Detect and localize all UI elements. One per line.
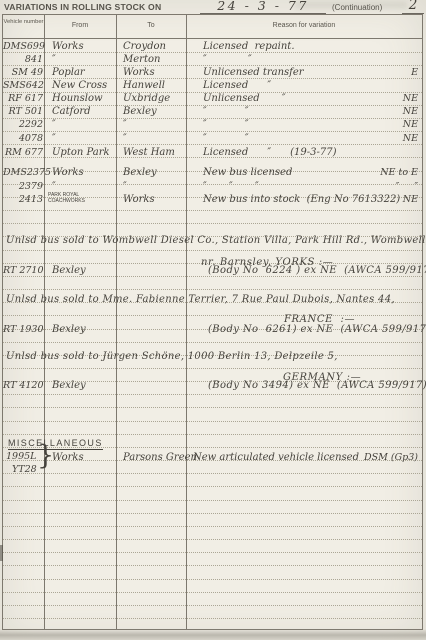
vehicle-number: RT 1930	[3, 324, 43, 335]
table-row: DMS2375 Works Bexley New bus licensed NE…	[3, 167, 422, 180]
ruled-line	[3, 289, 422, 290]
reason-cell: Unlicensed ″	[203, 93, 286, 104]
note-cell: NE	[403, 194, 418, 205]
to-cell: Hanwell	[123, 80, 165, 91]
ruled-line	[3, 434, 422, 435]
ruled-line	[3, 605, 422, 606]
to-cell: ″	[123, 119, 127, 130]
vehicle-number: DMS699	[3, 41, 43, 52]
table-row: DMS699 Works Croydon Licensed repaint.	[3, 41, 422, 54]
ruled-line	[3, 618, 422, 619]
vehicle-number: 4078	[3, 133, 43, 144]
vehicle-number: 2379	[3, 181, 43, 192]
to-cell: Works	[123, 67, 155, 78]
from-cell: Works	[52, 452, 84, 463]
col-header-reason: Reason for variation	[186, 15, 422, 29]
reason-cell: Licensed repaint.	[203, 41, 295, 52]
ruled-line	[3, 407, 422, 408]
col-header-vehicle: Vehicle number	[3, 15, 44, 25]
to-cell: Works	[123, 194, 155, 205]
reason-cell: ″ ″	[203, 54, 252, 65]
ruled-line	[3, 223, 422, 224]
note-cell: DSM (Gp3)	[364, 452, 418, 463]
reason-cell: ″ ″ ″	[203, 181, 259, 192]
table-row: RT 2710 Bexley (Body No 6224 ) ex NE (AW…	[3, 265, 422, 278]
table-row: RT 1930 Bexley (Body No 6261) ex NE (AWC…	[3, 324, 422, 337]
table-row: 841 ″ Merton ″ ″	[3, 54, 422, 67]
table-row: SMS642 New Cross Hanwell Licensed ″	[3, 80, 422, 93]
reason-cell: ″ ″	[203, 119, 249, 130]
from-cell: Bexley	[52, 380, 86, 391]
table-row: RT 501 Catford Bexley ″ ″ NE	[3, 106, 422, 119]
ruled-line	[3, 315, 422, 316]
to-cell: ″	[123, 133, 127, 144]
from-cell: Hounslow	[52, 93, 103, 104]
page-title: VARIATIONS IN ROLLING STOCK ON	[4, 2, 161, 12]
from-cell: Poplar	[52, 67, 85, 78]
ruled-line	[3, 565, 422, 566]
vehicle-number: 2292	[3, 119, 43, 130]
table-row: RT 4120 Bexley (Body No 3494) ex NE (AWC…	[3, 380, 422, 393]
table-row: RM 677 Upton Park West Ham Licensed ″ (1…	[3, 147, 422, 160]
reason-cell: New bus into stock (Eng No 7613322)	[203, 194, 400, 205]
note-cell: ″ ″	[396, 181, 418, 192]
table-row: 2292 ″ ″ ″ ″ NE	[3, 119, 422, 132]
date-value: 24 - 3 - 77	[200, 0, 326, 14]
body-number-detail: (Body No 6261) ex NE (AWCA 599/917)	[208, 324, 426, 335]
vehicle-number: 841	[3, 54, 43, 65]
table-body: DMS699 Works Croydon Licensed repaint. 8…	[3, 39, 422, 630]
ruled-line	[3, 579, 422, 580]
ruled-line	[3, 250, 422, 251]
ruled-line	[3, 342, 422, 343]
table-row: 4078 ″ ″ ″ ″ NE	[3, 133, 422, 146]
ruled-line	[3, 368, 422, 369]
vehicle-number: RT 2710	[3, 265, 43, 276]
to-cell: Bexley	[123, 106, 157, 117]
note-cell: NE	[403, 119, 418, 130]
ruled-line	[3, 421, 422, 422]
table-row: RF 617 Hounslow Uxbridge Unlicensed ″ NE	[3, 93, 422, 106]
vehicle-number: RT 4120	[3, 380, 43, 391]
to-cell: West Ham	[123, 147, 175, 158]
miscellaneous-heading: MISCELLANEOUS	[8, 438, 103, 450]
vehicle-number: DMS2375	[3, 167, 43, 178]
ruled-line	[3, 526, 422, 527]
scanned-register-page: VARIATIONS IN ROLLING STOCK ON 24 - 3 - …	[0, 0, 426, 640]
ruled-line	[3, 394, 422, 395]
page-number: 2	[402, 0, 424, 14]
ruled-line	[3, 500, 422, 501]
ruled-line	[3, 486, 422, 487]
from-cell: Works	[52, 41, 84, 52]
table-header: Vehicle number From To Reason for variat…	[3, 15, 422, 39]
note-cell: NE	[403, 106, 418, 117]
vehicle-number: 2413	[3, 194, 43, 205]
from-cell: Bexley	[52, 324, 86, 335]
col-header-from: From	[44, 15, 116, 29]
table-row: 2413 PARK ROYAL COACHWORKS Works New bus…	[3, 194, 422, 207]
to-cell: Croydon	[123, 41, 166, 52]
from-cell: ″	[52, 133, 56, 144]
ruled-line	[3, 539, 422, 540]
note-cell: NE	[403, 93, 418, 104]
reason-cell: New articulated vehicle licensed	[193, 452, 359, 463]
ruled-line	[3, 552, 422, 553]
from-cell: Upton Park	[52, 147, 110, 158]
col-header-to: To	[116, 15, 186, 29]
ruled-line	[3, 210, 422, 211]
page-bottom-edge	[0, 629, 426, 640]
to-cell: Uxbridge	[123, 93, 170, 104]
from-cell: ″	[52, 181, 56, 192]
continuation-label: (Continuation)	[332, 3, 382, 12]
reason-cell: Unlicensed transfer	[203, 67, 304, 78]
body-number-detail: (Body No 6224 ) ex NE (AWCA 599/917)	[208, 265, 426, 276]
reason-cell: ″ ″	[203, 133, 249, 144]
from-cell: Bexley	[52, 265, 86, 276]
reason-cell: New bus licensed	[203, 167, 292, 178]
from-cell: PARK ROYAL COACHWORKS	[48, 193, 106, 204]
from-cell: ″	[52, 54, 56, 65]
from-cell: ″	[52, 119, 56, 130]
variations-table: Vehicle number From To Reason for variat…	[2, 14, 423, 630]
note-cell: E	[411, 67, 418, 78]
ruled-line	[3, 473, 422, 474]
vehicle-number: RM 677	[3, 147, 43, 158]
sale-note-line1: Unlsd bus sold to Wombwell Diesel Co., S…	[6, 235, 426, 246]
sale-note-line1: Unlsd bus sold to Mme. Fabienne Terrier,…	[6, 294, 395, 305]
vehicle-number: YT28	[12, 464, 37, 475]
table-row: Works Parsons Green New articulated vehi…	[3, 452, 422, 465]
reason-cell: Licensed ″ (19-3-77)	[203, 147, 337, 158]
vehicle-number: SMS642	[3, 80, 43, 91]
to-cell: Parsons Green	[123, 452, 197, 463]
ruled-line	[3, 592, 422, 593]
ruled-line	[3, 513, 422, 514]
from-cell: Works	[52, 167, 84, 178]
from-cell: Catford	[52, 106, 91, 117]
vehicle-number: RT 501	[3, 106, 43, 117]
to-cell: Bexley	[123, 167, 157, 178]
vehicle-number: RF 617	[3, 93, 43, 104]
note-cell: NE	[403, 133, 418, 144]
note-cell: NE to E	[380, 167, 418, 178]
to-cell: Merton	[123, 54, 160, 65]
reason-cell: ″ ″	[203, 106, 249, 117]
to-cell: ″	[123, 181, 127, 192]
vehicle-number: SM 49	[3, 67, 43, 78]
body-number-detail: (Body No 3494) ex NE (AWCA 599/917)	[208, 380, 426, 391]
from-cell: New Cross	[52, 80, 107, 91]
reason-cell: Licensed ″	[203, 80, 271, 91]
sale-note-line1: Unlsd bus sold to Jürgen Schöne, 1000 Be…	[6, 351, 338, 362]
table-row: SM 49 Poplar Works Unlicensed transfer E	[3, 67, 422, 80]
